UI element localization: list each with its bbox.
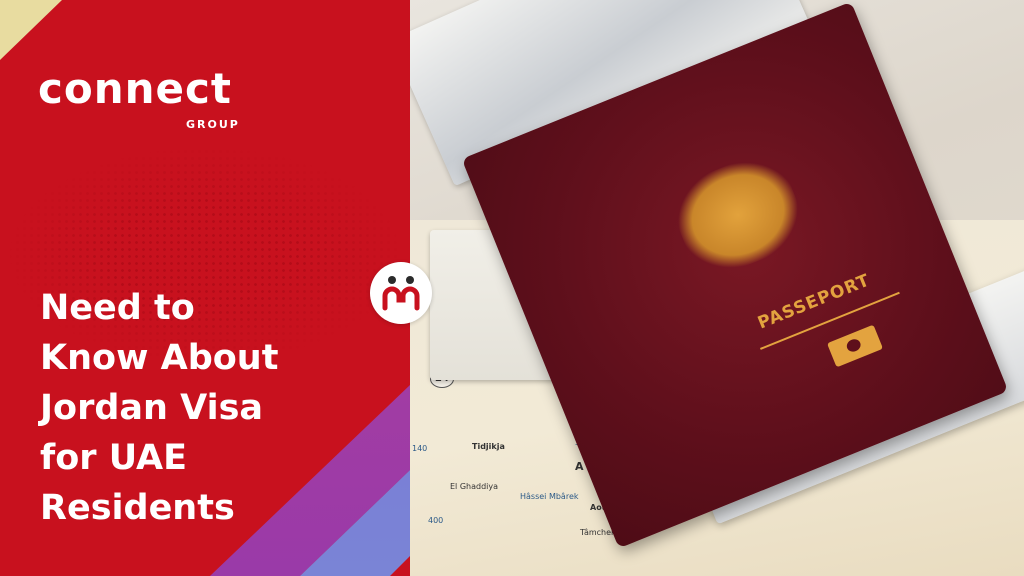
brand-badge <box>370 262 432 324</box>
corner-accent <box>0 0 62 60</box>
left-panel: connect GROUP Need to Know About Jordan … <box>0 0 410 576</box>
map-label: El Ghaddiya <box>450 482 498 491</box>
brand-subtitle: GROUP <box>186 118 240 131</box>
headline-line: Know About <box>40 333 400 383</box>
passport-photo: 24 Tidjikja El Ghaddiya Hâssei Mbârek Ao… <box>410 0 1024 576</box>
connect-people-icon <box>381 274 421 312</box>
headline-line: for UAE <box>40 433 400 483</box>
map-label: 140 <box>412 444 427 453</box>
headline-line: Jordan Visa <box>40 383 400 433</box>
headline-line: Residents <box>40 483 400 533</box>
map-label: 400 <box>428 516 443 525</box>
brand-name: connect <box>38 68 232 110</box>
headline: Need to Know About Jordan Visa for UAE R… <box>40 283 400 533</box>
brand-logo[interactable]: connect GROUP <box>38 68 232 110</box>
map-label: Hâssei Mbârek <box>520 492 579 501</box>
map-label: Tidjikja <box>472 442 505 451</box>
headline-line: Need to <box>40 283 400 333</box>
map-label: A <box>575 460 584 473</box>
